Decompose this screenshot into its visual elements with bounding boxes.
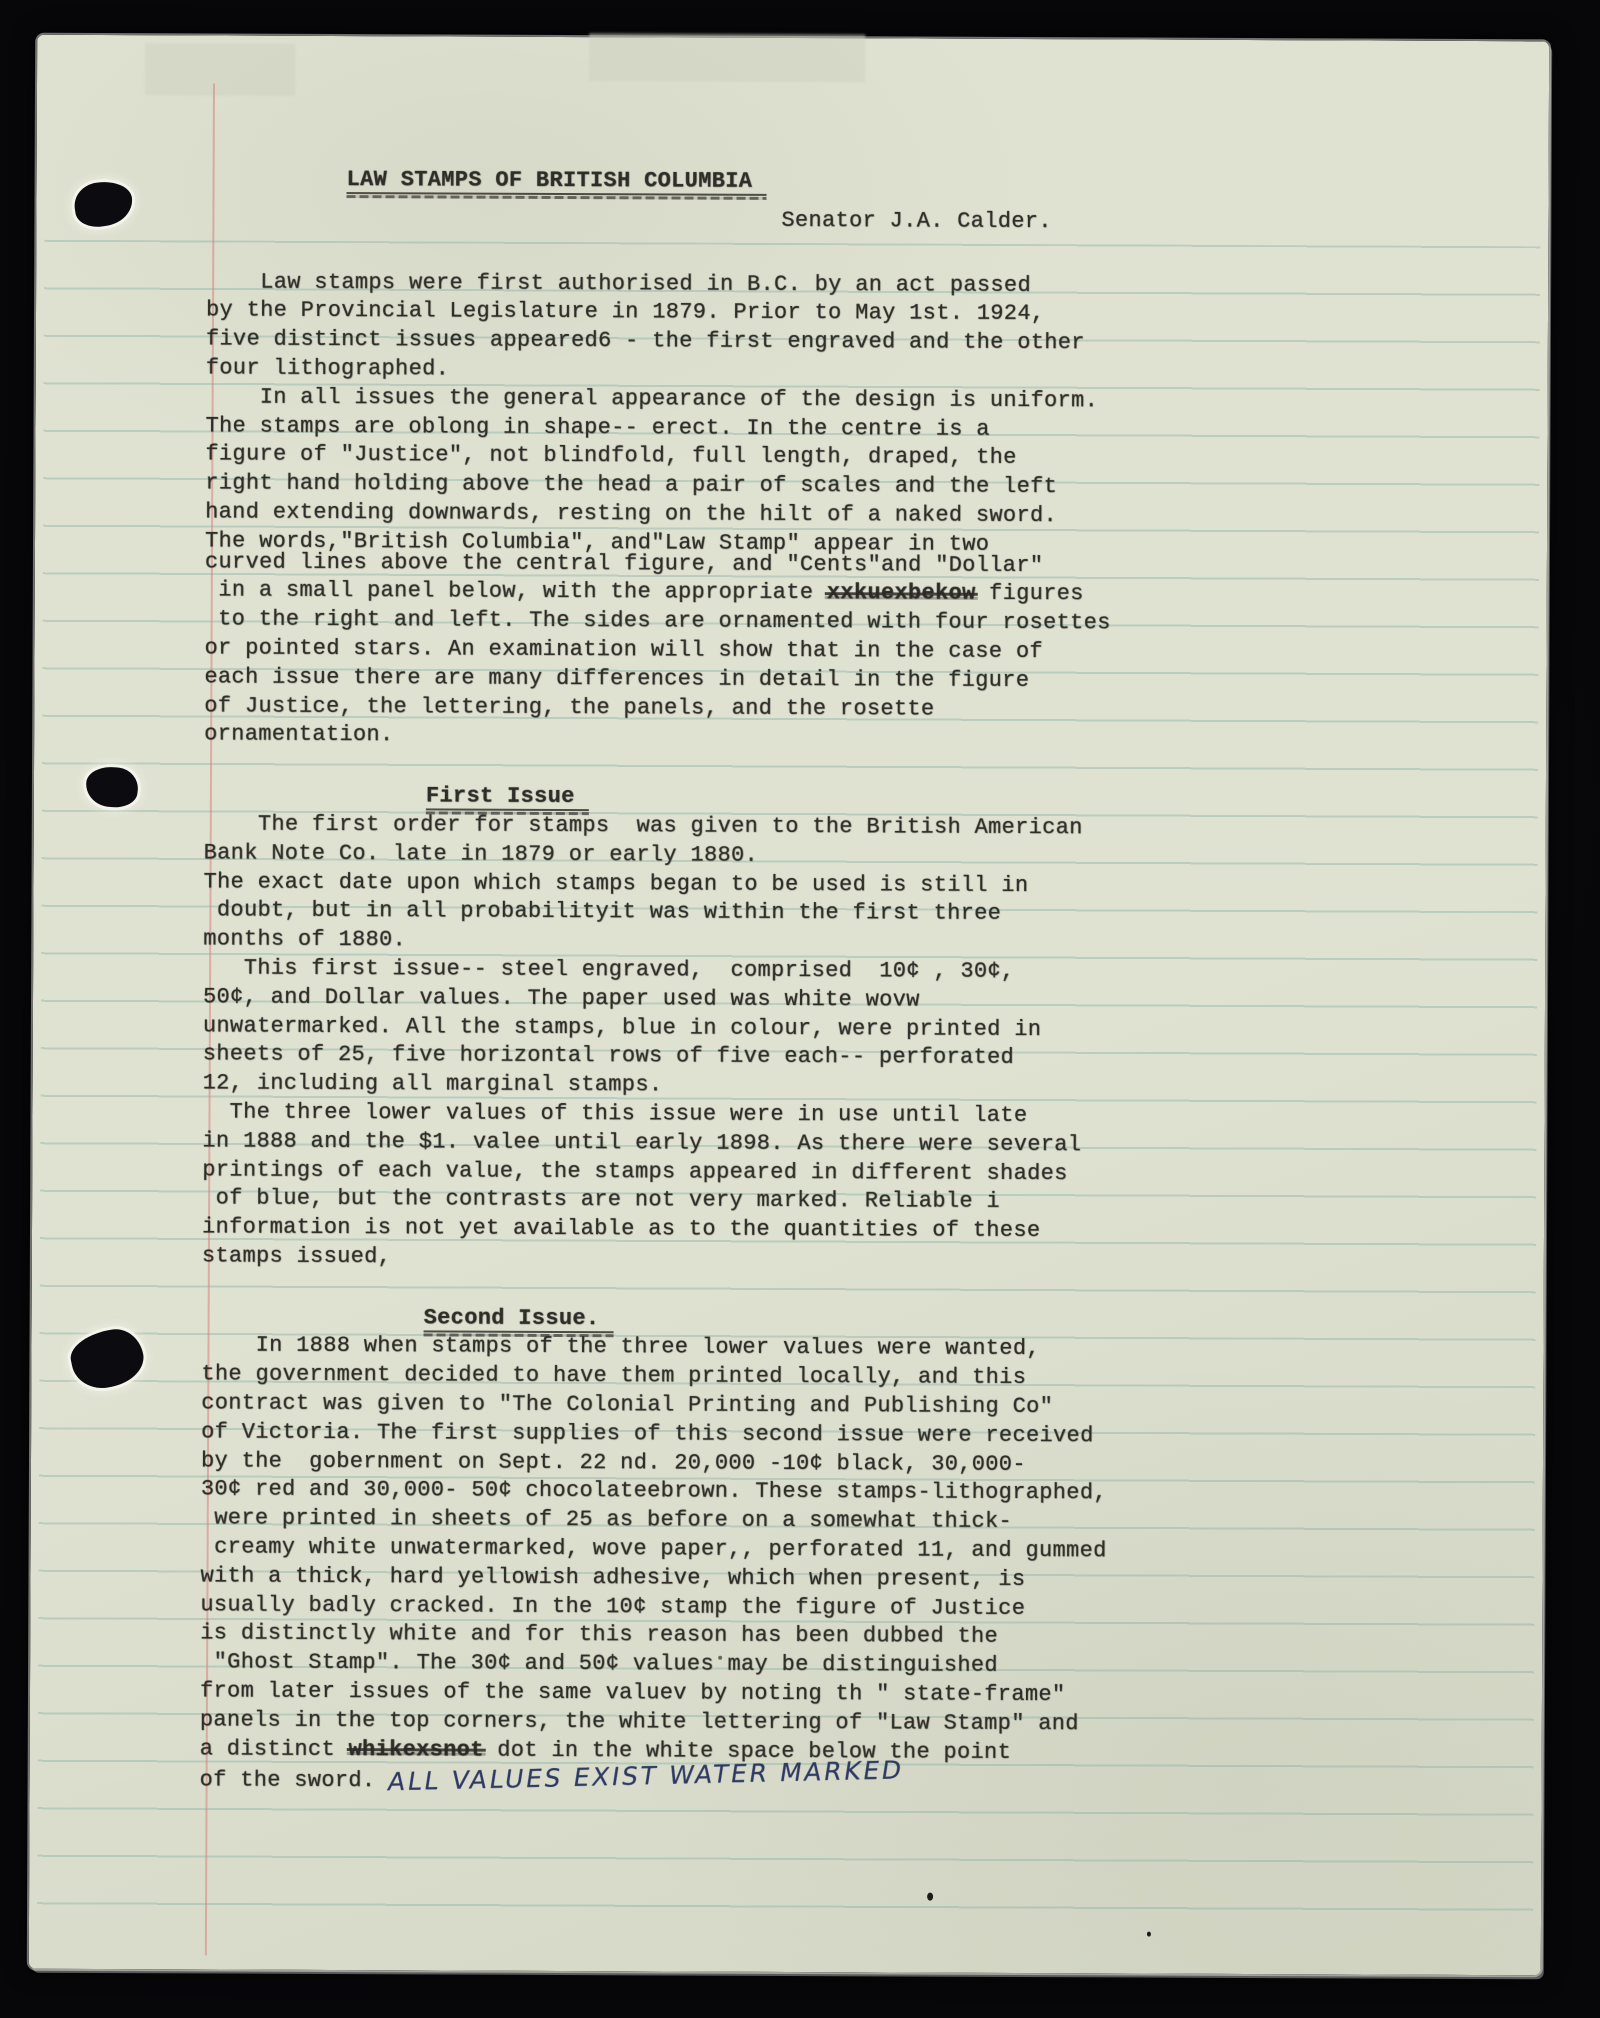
document-line: the government decided to have them prin… (201, 1361, 1161, 1394)
document-line: of Justice, the lettering, the panels, a… (204, 692, 1164, 725)
ink-speck (1147, 1932, 1151, 1937)
document-line: The exact date upon which stamps began t… (203, 868, 1163, 901)
struck-text: xxkuexbekow (827, 581, 976, 607)
struck-text: whikexsnot (348, 1737, 483, 1763)
byline: Senator J.A. Calder. (781, 207, 1166, 237)
document-line: each issue there are many differences in… (204, 663, 1164, 696)
document-line: 12, including all marginal stamps. (203, 1070, 1163, 1103)
section-heading: Second Issue. (424, 1304, 1162, 1336)
document-line: to the right and left. The sides are orn… (205, 606, 1165, 639)
punch-hole (84, 764, 140, 809)
document-line: or pointed stars. An examination will sh… (204, 634, 1164, 667)
document-line: is distinctly white and for this reason … (200, 1620, 1160, 1653)
document-line: figure of "Justice", not blindfold, full… (205, 441, 1165, 474)
document-line: four lithographed. (206, 354, 1166, 387)
document-line: with a thick, hard yellowish adhesive, w… (200, 1562, 1160, 1595)
document-line: unwatermarked. All the stamps, blue in c… (203, 1012, 1163, 1045)
document-line: usually badly cracked. In the 10¢ stamp … (200, 1591, 1160, 1624)
document-line: Bank Note Co. late in 1879 or early 1880… (204, 839, 1164, 872)
document-line: in 1888 and the $1. valee until early 18… (202, 1127, 1162, 1160)
document-line: five distinct issues appeared6 - the fir… (206, 326, 1166, 359)
document-line: by the Provincial Legislature in 1879. P… (206, 297, 1166, 330)
page-title: LAW STAMPS OF BRITISH COLUMBIA (347, 166, 1167, 198)
document-line: "Ghost Stamp". The 30¢ and 50¢ values ma… (200, 1649, 1160, 1682)
document-line: were printed in sheets of 25 as before o… (201, 1505, 1161, 1538)
document-line: right hand holding above the head a pair… (205, 470, 1165, 503)
document-line: The stamps are oblong in shape-- erect. … (205, 412, 1165, 445)
document-line: In 1888 when stamps of the three lower v… (201, 1332, 1161, 1365)
document-line: panels in the top corners, the white let… (200, 1706, 1160, 1739)
document-line: doubt, but in all probabilityit was with… (203, 897, 1163, 930)
document-line: of Victoria. The first supplies of this … (201, 1418, 1161, 1451)
document-line: stamps issued, (202, 1242, 1162, 1275)
document-line: by the gobernment on Sept. 22 nd. 20,000… (201, 1447, 1161, 1480)
document-line: sheets of 25, five horizontal rows of fi… (203, 1041, 1163, 1074)
document-body: Law stamps were first authorised in B.C.… (200, 268, 1167, 1800)
document-line: ornamentation. (204, 721, 1164, 754)
document-line: contract was given to "The Colonial Prin… (201, 1390, 1161, 1423)
section-heading: First Issue (426, 783, 1164, 815)
document-line: curved lines above the central figure, a… (205, 548, 1165, 581)
document-line: The first order for stamps was given to … (204, 810, 1164, 843)
document-line: hand extending downwards, resting on the… (205, 498, 1165, 531)
document-text: LAW STAMPS OF BRITISH COLUMBIA Senator J… (200, 35, 1168, 1799)
punch-hole (72, 178, 135, 229)
document-line: 50¢, and Dollar values. The paper used w… (203, 983, 1163, 1016)
document-line: printings of each value, the stamps appe… (202, 1156, 1162, 1189)
document-line: Law stamps were first authorised in B.C.… (206, 268, 1166, 301)
ink-speck (927, 1893, 933, 1901)
document-line: months of 1880. (203, 926, 1163, 959)
document-line: of the sword. ALL VALUES EXIST WATER MAR… (200, 1764, 1160, 1800)
document-line: in a small panel below, with the appropr… (205, 577, 1165, 610)
document-line: In all issues the general appearance of … (206, 383, 1166, 416)
punch-hole (67, 1324, 149, 1393)
document-line: This first issue-- steel engraved, compr… (203, 954, 1163, 987)
document-line: from later issues of the same valuev by … (200, 1677, 1160, 1710)
scanned-document-screenshot: LAW STAMPS OF BRITISH COLUMBIA Senator J… (0, 0, 1600, 2018)
document-line: 30¢ red and 30,000- 50¢ chocolateebrown.… (201, 1476, 1161, 1509)
document-line: of blue, but the contrasts are not very … (202, 1185, 1162, 1218)
paper-sheet: LAW STAMPS OF BRITISH COLUMBIA Senator J… (29, 35, 1549, 1976)
document-line: creamy white unwatermarked, wove paper,,… (201, 1534, 1161, 1567)
document-line: The three lower values of this issue wer… (202, 1098, 1162, 1131)
document-line: information is not yet available as to t… (202, 1214, 1162, 1247)
